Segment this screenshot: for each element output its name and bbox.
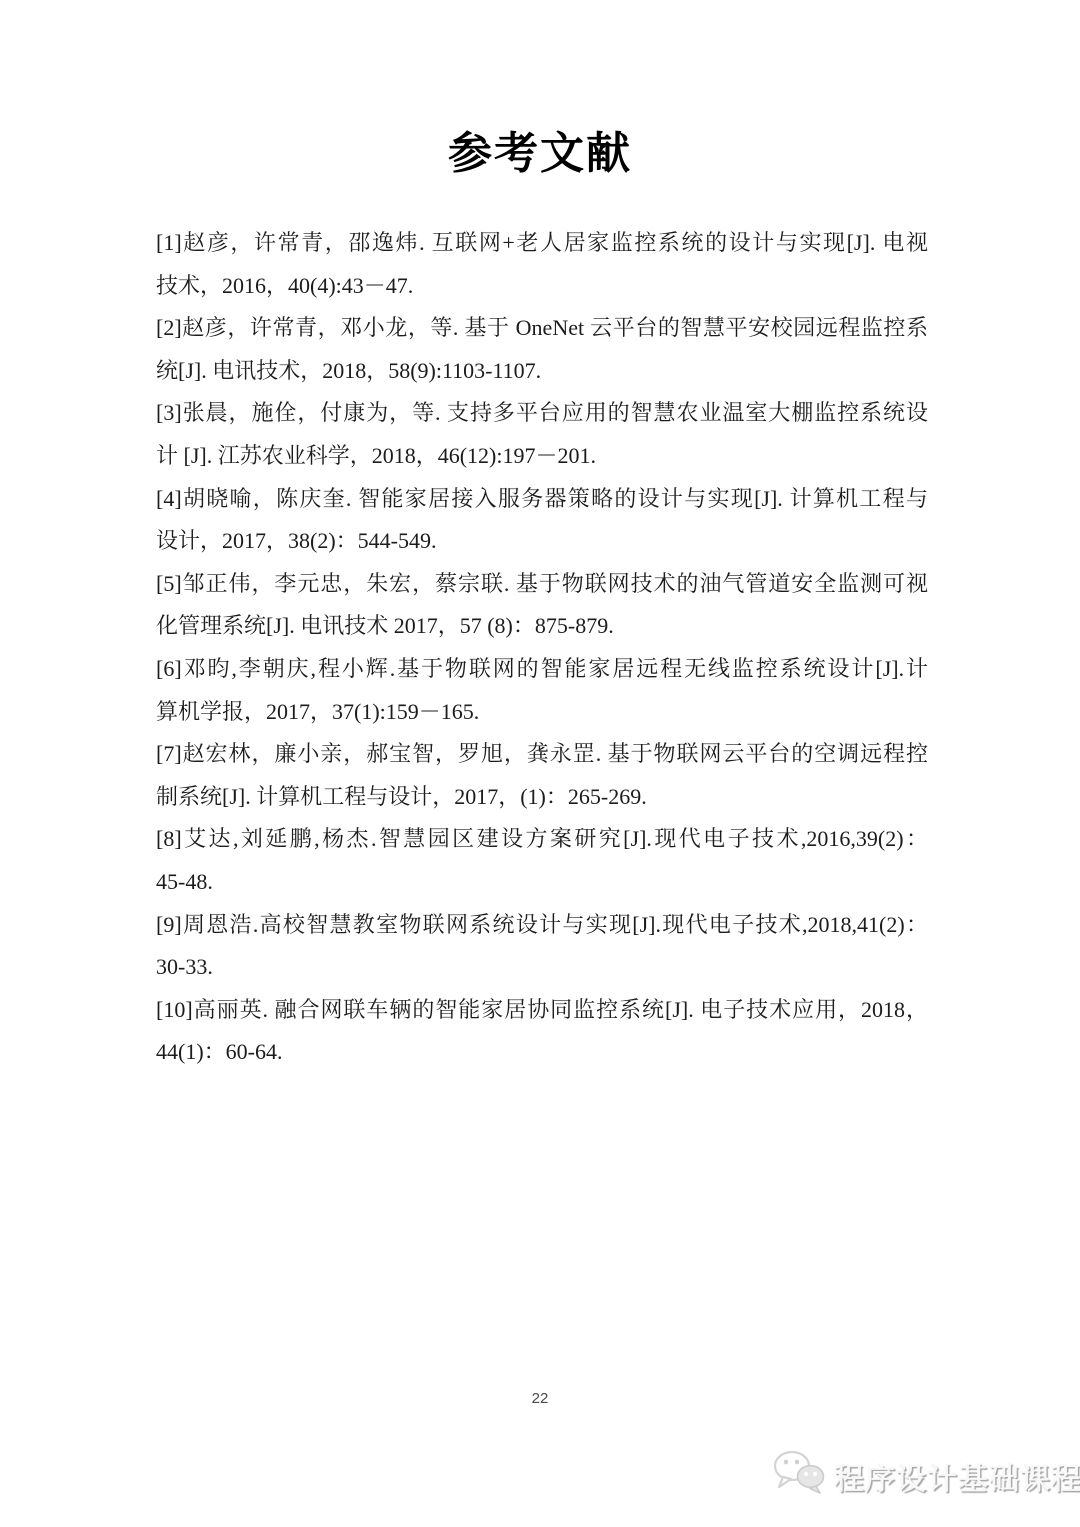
references-list: [1]赵彦，许常青，邵逸炜. 互联网+老人居家监控系统的设计与实现[J]. 电视…: [156, 222, 928, 1074]
reference-line: 统[J]. 电讯技术，2018，58(9):1103-1107.: [156, 350, 928, 393]
wechat-icon: [772, 1448, 826, 1503]
reference-line: 44(1)：60-64.: [156, 1031, 928, 1074]
reference-item-7: [7]赵宏林，廉小亲，郝宝智，罗旭，龚永罡. 基于物联网云平台的空调远程控 制系…: [156, 733, 928, 818]
reference-line: [2]赵彦，许常青，邓小龙，等. 基于 OneNet 云平台的智慧平安校园远程监…: [156, 307, 928, 350]
reference-item-3: [3]张晨，施佺，付康为，等. 支持多平台应用的智慧农业温室大棚监控系统设 计 …: [156, 392, 928, 477]
reference-item-10: [10]高丽英. 融合网联车辆的智能家居协同监控系统[J]. 电子技术应用，20…: [156, 989, 928, 1074]
reference-line: 计 [J]. 江苏农业科学，2018，46(12):197－201.: [156, 435, 928, 478]
reference-item-6: [6]邓昀,李朝庆,程小辉.基于物联网的智能家居远程无线监控系统设计[J].计 …: [156, 648, 928, 733]
watermark: 程序设计基础课程: [772, 1448, 1080, 1503]
reference-item-4: [4]胡晓喻，陈庆奎. 智能家居接入服务器策略的设计与实现[J]. 计算机工程与…: [156, 478, 928, 563]
reference-line: 制系统[J]. 计算机工程与设计，2017，(1)：265-269.: [156, 776, 928, 819]
reference-line: 设计，2017，38(2)：544-549.: [156, 520, 928, 563]
reference-line: [6]邓昀,李朝庆,程小辉.基于物联网的智能家居远程无线监控系统设计[J].计: [156, 648, 928, 691]
reference-line: [4]胡晓喻，陈庆奎. 智能家居接入服务器策略的设计与实现[J]. 计算机工程与: [156, 478, 928, 521]
reference-line: [9]周恩浩.高校智慧教室物联网系统设计与实现[J].现代电子技术,2018,4…: [156, 904, 928, 947]
reference-line: 化管理系统[J]. 电讯技术 2017，57 (8)：875-879.: [156, 605, 928, 648]
reference-line: [3]张晨，施佺，付康为，等. 支持多平台应用的智慧农业温室大棚监控系统设: [156, 392, 928, 435]
watermark-label: 程序设计基础课程: [834, 1454, 1080, 1498]
page-title: 参考文献: [0, 126, 1080, 181]
reference-line: [5]邹正伟，李元忠，朱宏，蔡宗联. 基于物联网技术的油气管道安全监测可视: [156, 563, 928, 606]
reference-line: 30-33.: [156, 946, 928, 989]
reference-item-5: [5]邹正伟，李元忠，朱宏，蔡宗联. 基于物联网技术的油气管道安全监测可视 化管…: [156, 563, 928, 648]
reference-item-1: [1]赵彦，许常青，邵逸炜. 互联网+老人居家监控系统的设计与实现[J]. 电视…: [156, 222, 928, 307]
reference-line: 45-48.: [156, 861, 928, 904]
document-page: 参考文献 [1]赵彦，许常青，邵逸炜. 互联网+老人居家监控系统的设计与实现[J…: [0, 0, 1080, 1527]
reference-item-8: [8]艾达,刘延鹏,杨杰.智慧园区建设方案研究[J].现代电子技术,2016,3…: [156, 818, 928, 903]
page-number: 22: [0, 1390, 1080, 1407]
reference-line: [8]艾达,刘延鹏,杨杰.智慧园区建设方案研究[J].现代电子技术,2016,3…: [156, 818, 928, 861]
reference-line: [7]赵宏林，廉小亲，郝宝智，罗旭，龚永罡. 基于物联网云平台的空调远程控: [156, 733, 928, 776]
reference-item-9: [9]周恩浩.高校智慧教室物联网系统设计与实现[J].现代电子技术,2018,4…: [156, 904, 928, 989]
reference-line: [10]高丽英. 融合网联车辆的智能家居协同监控系统[J]. 电子技术应用，20…: [156, 989, 928, 1032]
reference-line: [1]赵彦，许常青，邵逸炜. 互联网+老人居家监控系统的设计与实现[J]. 电视: [156, 222, 928, 265]
reference-item-2: [2]赵彦，许常青，邓小龙，等. 基于 OneNet 云平台的智慧平安校园远程监…: [156, 307, 928, 392]
reference-line: 技术，2016，40(4):43－47.: [156, 265, 928, 308]
reference-line: 算机学报，2017，37(1):159－165.: [156, 691, 928, 734]
